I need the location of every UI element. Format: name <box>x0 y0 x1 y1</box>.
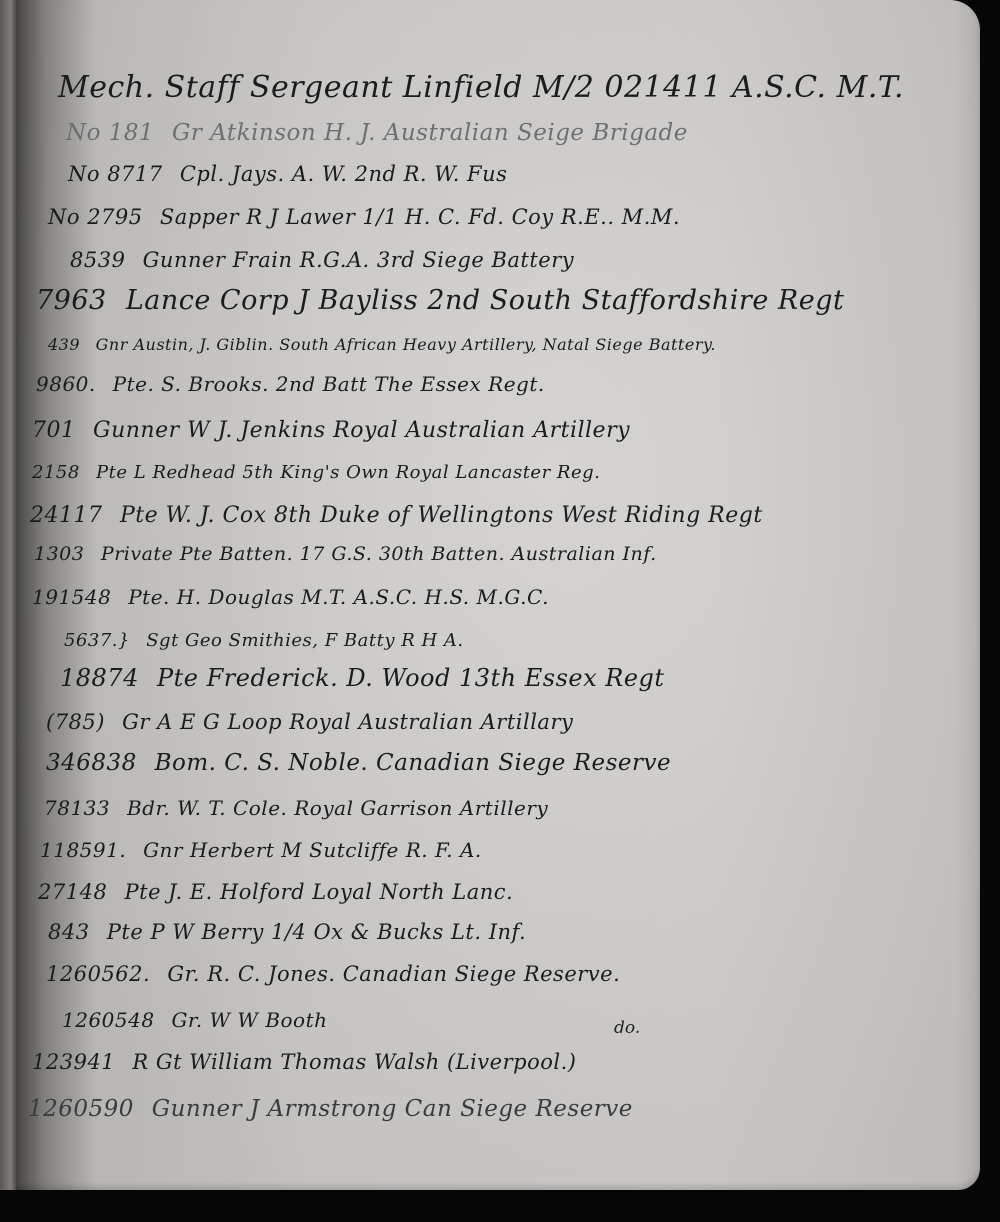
entry-number: 18874 <box>60 664 139 692</box>
entry-text: Sgt Geo Smithies, F Batty R H A. <box>146 630 463 651</box>
entry-row: 118591. Gnr Herbert M Sutcliffe R. F. A. <box>40 838 482 862</box>
entry-text: Gunner J Armstrong Can Siege Reserve <box>152 1096 633 1122</box>
entry-row: 78133 Bdr. W. T. Cole. Royal Garrison Ar… <box>44 796 548 820</box>
entry-number: 701 <box>32 418 76 443</box>
entry-text: Cpl. Jays. A. W. 2nd R. W. Fus <box>180 162 508 186</box>
entry-row: 843 Pte P W Berry 1/4 Ox & Bucks Lt. Inf… <box>48 920 526 944</box>
entry-text: Sapper R J Lawer 1/1 H. C. Fd. Coy R.E..… <box>160 205 680 229</box>
entry-row: (785) Gr A E G Loop Royal Australian Art… <box>46 710 573 734</box>
entry-text: Mech. Staff Sergeant Linfield M/2 021411… <box>58 70 904 105</box>
entry-row: 24117 Pte W. J. Cox 8th Duke of Wellingt… <box>30 503 763 528</box>
entry-text: Gr. R. C. Jones. Canadian Siege Reserve. <box>167 962 620 986</box>
entry-row: 123941 R Gt William Thomas Walsh (Liverp… <box>32 1050 576 1074</box>
entry-row: 1303 Private Pte Batten. 17 G.S. 30th Ba… <box>34 543 657 565</box>
entry-row: 8539 Gunner Frain R.G.A. 3rd Siege Batte… <box>70 248 574 272</box>
entry-text: Pte. H. Douglas M.T. A.S.C. H.S. M.G.C. <box>128 585 549 609</box>
entry-number: 191548 <box>32 585 111 609</box>
entry-number: 9860. <box>36 372 96 396</box>
entry-row: 5637.} Sgt Geo Smithies, F Batty R H A. <box>64 630 464 651</box>
entry-text: Pte L Redhead 5th King's Own Royal Lanca… <box>96 462 600 483</box>
entry-row: No 8717 Cpl. Jays. A. W. 2nd R. W. Fus <box>68 162 507 186</box>
entry-number: 439 <box>48 335 80 354</box>
entry-row: 2158 Pte L Redhead 5th King's Own Royal … <box>32 462 600 483</box>
entry-number: 27148 <box>38 880 107 904</box>
entry-number: No 181 <box>66 120 154 146</box>
entry-number: 7963 <box>36 285 107 316</box>
entry-row: 1260562. Gr. R. C. Jones. Canadian Siege… <box>46 962 620 986</box>
entry-number: (785) <box>46 710 105 734</box>
entry-text: Pte P W Berry 1/4 Ox & Bucks Lt. Inf. <box>107 920 526 944</box>
entry-row: Mech. Staff Sergeant Linfield M/2 021411… <box>58 70 904 105</box>
entry-text: Gr. W W Booth <box>171 1008 327 1032</box>
entry-text: Pte Frederick. D. Wood 13th Essex Regt <box>157 664 665 692</box>
entry-number: 2158 <box>32 462 80 483</box>
entry-list: Mech. Staff Sergeant Linfield M/2 021411… <box>16 0 980 1190</box>
entry-row: 1260548 Gr. W W Booth <box>62 1008 328 1032</box>
entry-text: Bdr. W. T. Cole. Royal Garrison Artiller… <box>127 796 548 820</box>
entry-text: Gr A E G Loop Royal Australian Artillary <box>122 710 573 734</box>
entry-text: Pte J. E. Holford Loyal North Lanc. <box>125 880 514 904</box>
entry-row: No 181 Gr Atkinson H. J. Australian Seig… <box>66 120 688 146</box>
entry-text: Gnr Herbert M Sutcliffe R. F. A. <box>143 838 482 862</box>
entry-number: 1260590 <box>28 1096 134 1122</box>
entry-number: 5637.} <box>64 630 130 651</box>
entry-row: 439 Gnr Austin, J. Giblin. South African… <box>48 335 716 354</box>
entry-row: 27148 Pte J. E. Holford Loyal North Lanc… <box>38 880 513 904</box>
entry-number: 346838 <box>46 750 137 776</box>
entry-text: Gunner W J. Jenkins Royal Australian Art… <box>93 418 630 443</box>
entry-row: 346838 Bom. C. S. Noble. Canadian Siege … <box>46 750 671 776</box>
entry-number: 118591. <box>40 838 126 862</box>
entry-number: 1260548 <box>62 1008 155 1032</box>
register-page: Mech. Staff Sergeant Linfield M/2 021411… <box>16 0 980 1190</box>
entry-number: 1303 <box>34 543 84 565</box>
entry-number: 8539 <box>70 248 125 272</box>
entry-number: 1260562. <box>46 962 150 986</box>
entry-number: 24117 <box>30 503 103 528</box>
entry-text: Gunner Frain R.G.A. 3rd Siege Battery <box>143 248 575 272</box>
photo-scene: Mech. Staff Sergeant Linfield M/2 021411… <box>0 0 1000 1222</box>
entry-text: R Gt William Thomas Walsh (Liverpool.) <box>132 1050 576 1074</box>
entry-text: Gnr Austin, J. Giblin. South African Hea… <box>96 335 716 354</box>
entry-text: Pte. S. Brooks. 2nd Batt The Essex Regt. <box>113 372 545 396</box>
entry-row: No 2795 Sapper R J Lawer 1/1 H. C. Fd. C… <box>48 205 680 229</box>
entry-number: No 2795 <box>48 205 143 229</box>
entry-row: 9860. Pte. S. Brooks. 2nd Batt The Essex… <box>36 372 545 396</box>
entry-text: Lance Corp J Bayliss 2nd South Staffords… <box>126 285 845 316</box>
entry-row: 1260590 Gunner J Armstrong Can Siege Res… <box>28 1096 633 1122</box>
entry-number: No 8717 <box>68 162 163 186</box>
entry-number: 123941 <box>32 1050 115 1074</box>
entry-number: 78133 <box>44 796 110 820</box>
entry-row: 701 Gunner W J. Jenkins Royal Australian… <box>32 418 630 443</box>
entry-row: 7963 Lance Corp J Bayliss 2nd South Staf… <box>36 285 844 316</box>
entry-text: Private Pte Batten. 17 G.S. 30th Batten.… <box>101 543 657 565</box>
entry-text: Gr Atkinson H. J. Australian Seige Briga… <box>172 120 688 146</box>
entry-text: Bom. C. S. Noble. Canadian Siege Reserve <box>155 750 672 776</box>
entry-text: Pte W. J. Cox 8th Duke of Wellingtons We… <box>120 503 763 528</box>
entry-row: 191548 Pte. H. Douglas M.T. A.S.C. H.S. … <box>32 585 549 609</box>
entry-row: 18874 Pte Frederick. D. Wood 13th Essex … <box>60 664 665 692</box>
ditto-mark: do. <box>614 1018 640 1038</box>
entry-number: 843 <box>48 920 90 944</box>
